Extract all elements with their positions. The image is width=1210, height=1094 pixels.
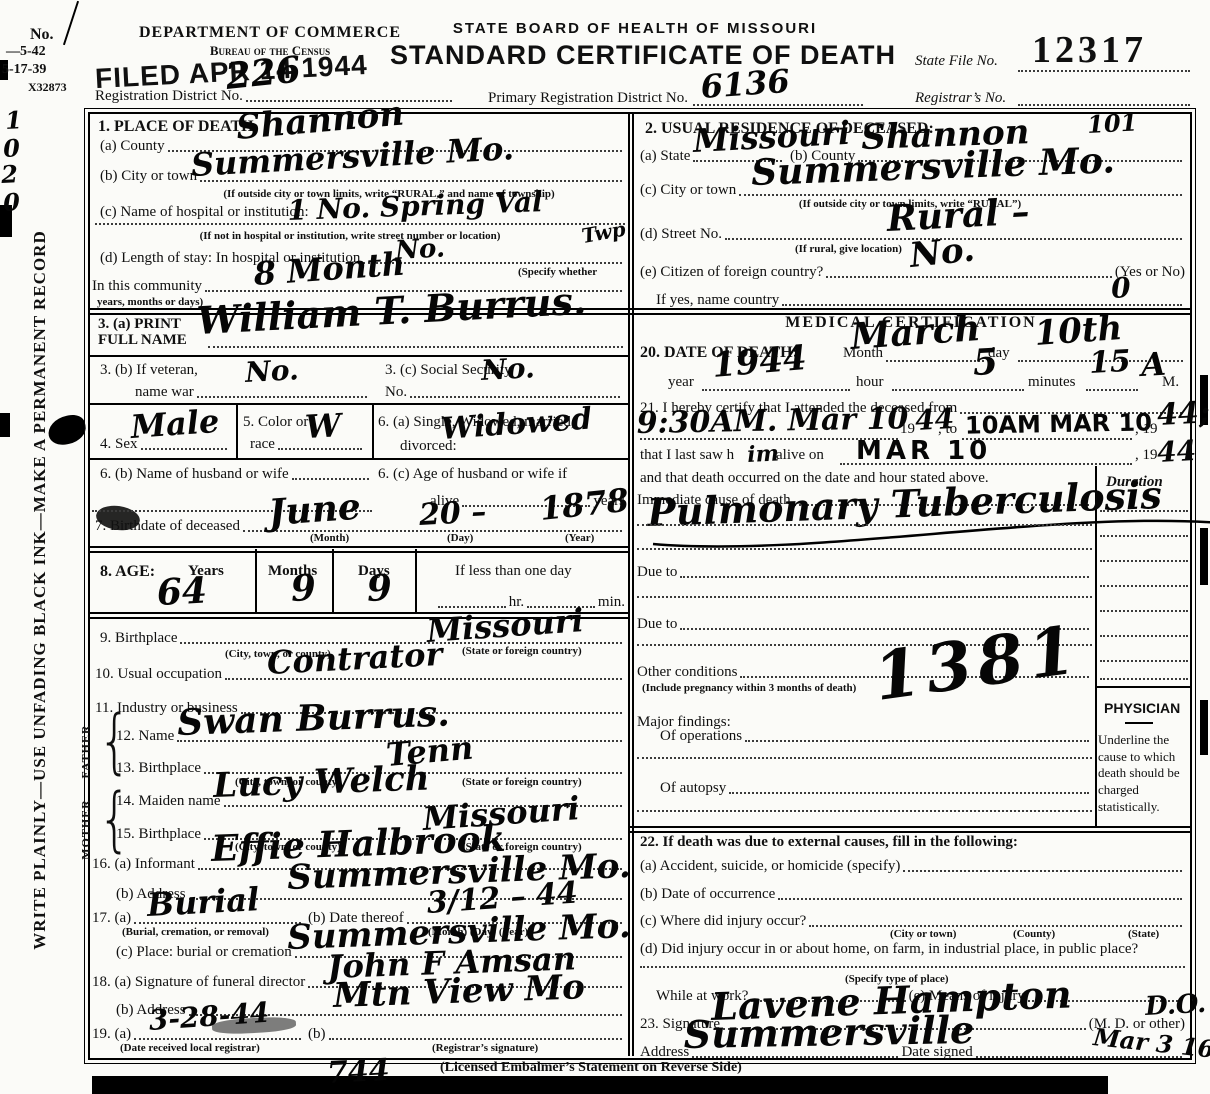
dotted-line bbox=[1100, 560, 1188, 562]
color-label: 5. Color or bbox=[243, 414, 308, 431]
dotted-line bbox=[292, 478, 369, 480]
other-conditions-sub: (Include pregnancy within 3 months of de… bbox=[642, 682, 856, 694]
hospital-label: (c) Name of hospital or institution: bbox=[100, 204, 309, 221]
death-year-value: 1944 bbox=[711, 338, 809, 386]
margin-digit: 2 bbox=[0, 159, 18, 189]
dotted-line bbox=[809, 925, 1182, 927]
father-birthplace-label: 13. Birthplace bbox=[116, 760, 201, 777]
scan-mark bbox=[0, 413, 10, 437]
spouse-name-label: 6. (b) Name of husband or wife bbox=[100, 466, 289, 483]
dotted-line bbox=[640, 966, 1185, 968]
dotted-line bbox=[1100, 585, 1188, 587]
death-certificate-scan: { "codes": {"no": "No.", "l1": "—5-42", … bbox=[0, 0, 1210, 1094]
form-code: —5-42 bbox=[6, 44, 46, 60]
disposition-sub: (Burial, cremation, or removal) bbox=[122, 926, 269, 938]
father-group-label: FATHER bbox=[79, 712, 94, 792]
dotted-line bbox=[141, 448, 228, 450]
father-bp-sub2: (State or foreign country) bbox=[462, 776, 582, 788]
cell-divider bbox=[255, 549, 257, 612]
autopsy-label: Of autopsy bbox=[660, 780, 726, 797]
ink-smudge bbox=[46, 412, 89, 447]
dotted-line bbox=[1018, 70, 1190, 72]
dotted-line bbox=[1100, 678, 1188, 680]
place-of-death-title: 1. PLACE OF DEATH bbox=[98, 118, 254, 136]
cell-divider bbox=[332, 549, 334, 612]
scan-mark bbox=[1200, 700, 1208, 755]
month-sub-label: (Month) bbox=[310, 532, 349, 544]
dotted-line bbox=[1100, 610, 1188, 612]
birthdate-label: 7. Birthdate of deceased bbox=[95, 518, 240, 535]
form-code: 5-17-39 bbox=[2, 62, 46, 78]
pen-stroke bbox=[63, 1, 79, 45]
registrar-no-label: Registrar’s No. bbox=[915, 90, 1006, 107]
dotted-line bbox=[278, 448, 362, 450]
print-label: 3. (a) PRINT bbox=[98, 316, 181, 333]
other-conditions-label: Other conditions bbox=[637, 664, 737, 681]
certificate-title: STANDARD CERTIFICATE OF DEATH bbox=[390, 40, 880, 71]
section-divider bbox=[88, 355, 630, 357]
year-label: year bbox=[668, 374, 694, 391]
dotted-line bbox=[410, 396, 620, 398]
mother-name-value: Lucy Welch bbox=[213, 758, 431, 806]
disposition-value: Burial bbox=[146, 880, 260, 924]
registrar-signature-b-label: (b) bbox=[308, 1026, 326, 1043]
ssn-no-row: No. bbox=[385, 384, 623, 401]
burial-place-label: (c) Place: burial or cremation bbox=[116, 944, 292, 961]
full-name-label: FULL NAME bbox=[98, 332, 187, 349]
name-war-label: name war bbox=[135, 384, 194, 401]
due-to-row-1: Due to bbox=[637, 564, 1092, 581]
operations-label: Of operations bbox=[660, 728, 742, 745]
autopsy-row: Of autopsy bbox=[660, 780, 1092, 797]
birthdate-month-value: June bbox=[267, 486, 362, 534]
citizen-label: (e) Citizen of foreign country? bbox=[640, 264, 823, 281]
age-days-value: 9 bbox=[366, 567, 393, 610]
section-divider bbox=[88, 458, 630, 460]
occurrence-date-row: (b) Date of occurrence bbox=[640, 886, 1185, 903]
sex-value: Male bbox=[129, 402, 220, 446]
dotted-line bbox=[826, 276, 1112, 278]
registrar-signature-sub: (Registrar’s signature) bbox=[432, 1042, 538, 1054]
race-value: W bbox=[304, 406, 342, 446]
dotted-line bbox=[134, 1038, 301, 1040]
physician-degree-value: D.O. bbox=[1144, 989, 1206, 1022]
veteran-value: No. bbox=[244, 353, 299, 389]
year-sub-label: (Year) bbox=[565, 532, 594, 544]
scan-mark bbox=[92, 1076, 1108, 1094]
dotted-line bbox=[637, 524, 1092, 526]
margin-instruction: WRITE PLAINLY—USE UNFADING BLACK INK—MAK… bbox=[30, 95, 50, 1085]
spouse-name-row: 6. (b) Name of husband or wife bbox=[100, 466, 372, 483]
mother-name-label: 14. Maiden name bbox=[116, 793, 221, 810]
section-divider bbox=[88, 546, 630, 553]
alive-on-label: alive on bbox=[776, 447, 824, 464]
dotted-line bbox=[95, 223, 625, 225]
injury-place-label: (d) Did injury occur in or about home, o… bbox=[640, 941, 1138, 958]
bottom-code-value: 744 bbox=[326, 1053, 390, 1091]
county-label: (a) County bbox=[100, 138, 165, 155]
cell-divider bbox=[372, 405, 374, 458]
external-causes-title: 22. If death was due to external causes,… bbox=[640, 834, 1018, 851]
year-19-label-2: , 19 bbox=[1135, 421, 1158, 438]
registrar-signature-row: (b) bbox=[308, 1026, 625, 1043]
last-saw-label: that I last saw h bbox=[640, 447, 734, 464]
min-label: min. bbox=[598, 594, 625, 611]
due-to-label-1: Due to bbox=[637, 564, 677, 581]
date-received-sub: (Date received local registrar) bbox=[120, 1042, 260, 1054]
birthplace-sub2: (State or foreign country) bbox=[462, 645, 582, 657]
community-label: In this community bbox=[92, 278, 202, 295]
birthplace-label: 9. Birthplace bbox=[100, 630, 177, 647]
hospital-sub-label: (If not in hospital or institution, writ… bbox=[130, 230, 570, 242]
injury-county-sub: (County) bbox=[1013, 928, 1055, 940]
injury-city-sub: (City or town) bbox=[890, 928, 956, 940]
minutes-label: minutes bbox=[1028, 374, 1076, 391]
disposition-label: 17. (a) bbox=[92, 910, 131, 927]
occupation-label: 10. Usual occupation bbox=[95, 666, 222, 683]
death-hour-value: 5 bbox=[972, 341, 999, 384]
physician-note: Underline the cause to which death shoul… bbox=[1098, 732, 1190, 815]
dotted-line bbox=[637, 757, 1092, 759]
veteran-label: 3. (b) If veteran, bbox=[100, 362, 198, 379]
ssn-no-label: No. bbox=[385, 384, 407, 401]
column-divider bbox=[632, 112, 634, 1056]
injury-state-sub: (State) bbox=[1128, 928, 1159, 940]
less-than-day-label: If less than one day bbox=[455, 563, 572, 580]
primary-district-label: Primary Registration District No. bbox=[488, 90, 688, 107]
dotted-line bbox=[702, 389, 850, 391]
board-title: STATE BOARD OF HEALTH OF MISSOURI bbox=[420, 20, 850, 37]
dotted-line bbox=[729, 792, 1089, 794]
date-received-label: 19. (a) bbox=[92, 1026, 131, 1043]
street-no-sub: (If rural, give location) bbox=[795, 243, 902, 255]
year-19-label-3: , 19 bbox=[1135, 447, 1158, 464]
dotted-line bbox=[200, 180, 622, 182]
accident-label: (a) Accident, suicide, or homicide (spec… bbox=[640, 858, 900, 875]
attended-to-value: 10AM MAR 10 bbox=[965, 408, 1152, 439]
residence-state-label: (a) State bbox=[640, 148, 690, 165]
dotted-line bbox=[1018, 104, 1190, 106]
age-years-value: 64 bbox=[156, 569, 208, 614]
due-to-label-2: Due to bbox=[637, 616, 677, 633]
hour-label: hour bbox=[856, 374, 884, 391]
registration-district-value: 226 bbox=[224, 48, 303, 98]
city-label: (b) City or town bbox=[100, 168, 197, 185]
margin-digit: 0 bbox=[2, 187, 20, 217]
cell-divider bbox=[415, 549, 417, 612]
dotted-line bbox=[197, 396, 367, 398]
cell-divider bbox=[236, 405, 238, 458]
form-code: X32873 bbox=[28, 80, 67, 95]
race-label: race bbox=[250, 436, 275, 453]
community-sub-label: years, months or days) bbox=[97, 296, 203, 308]
injury-where-label: (c) Where did injury occur? bbox=[640, 913, 806, 930]
dotted-line bbox=[329, 1038, 623, 1040]
dotted-line bbox=[637, 548, 1092, 550]
birthdate-day-value: 20 – bbox=[418, 495, 487, 533]
physician-address-value: Summersville bbox=[683, 1007, 974, 1057]
last-saw-him: im bbox=[747, 440, 780, 468]
age-months-value: 9 bbox=[290, 567, 317, 610]
physician-box-top bbox=[1095, 686, 1192, 688]
state-file-label: State File No. bbox=[915, 53, 998, 70]
name-country-row: If yes, name country bbox=[656, 292, 1185, 309]
form-code-no: No. bbox=[30, 26, 54, 44]
operations-row: Of operations bbox=[660, 728, 1092, 745]
dotted-line bbox=[1086, 389, 1138, 391]
dotted-line bbox=[903, 870, 1182, 872]
spouse-age-label: 6. (c) Age of husband or wife if bbox=[378, 466, 567, 483]
dotted-line bbox=[745, 740, 1089, 742]
dotted-line bbox=[637, 810, 1092, 812]
mother-birthplace-label: 15. Birthplace bbox=[116, 826, 201, 843]
father-name-label: 12. Name bbox=[116, 728, 174, 745]
dotted-line bbox=[778, 898, 1182, 900]
primary-district-value: 6136 bbox=[699, 62, 790, 106]
physician-underline bbox=[1125, 722, 1153, 724]
day-sub-label: (Day) bbox=[447, 532, 473, 544]
physician-title: PHYSICIAN bbox=[1104, 700, 1180, 716]
dotted-line bbox=[1100, 510, 1188, 512]
specify-whether-note: (Specify whether bbox=[518, 266, 597, 278]
dotted-line bbox=[886, 360, 984, 362]
citizen-value: No. bbox=[908, 229, 977, 276]
name-country-value: 0 bbox=[1110, 271, 1131, 305]
dotted-line bbox=[1100, 635, 1188, 637]
dotted-line bbox=[680, 576, 1089, 578]
registration-district-label: Registration District No. bbox=[95, 88, 243, 105]
residence-corner-number: 101 bbox=[1086, 107, 1138, 139]
age-title: 8. AGE: bbox=[100, 563, 155, 581]
accident-row: (a) Accident, suicide, or homicide (spec… bbox=[640, 858, 1185, 875]
name-country-label: If yes, name country bbox=[656, 292, 779, 309]
dotted-line bbox=[637, 596, 1092, 598]
residence-city-label: (c) City or town bbox=[640, 182, 736, 199]
margin-digit: 1 bbox=[4, 105, 22, 135]
physician-address-label: Address bbox=[640, 1044, 689, 1061]
embalmer-note: (Licensed Embalmer’s Statement on Revers… bbox=[440, 1060, 742, 1076]
funeral-director-label: 18. (a) Signature of funeral director bbox=[92, 974, 305, 991]
dotted-line bbox=[208, 346, 623, 348]
street-no-label: (d) Street No. bbox=[640, 226, 722, 243]
mother-brace: { bbox=[98, 780, 131, 861]
m-label: M. bbox=[1162, 374, 1179, 391]
attended-to-year: 44; bbox=[1156, 395, 1210, 433]
death-minutes-value: 15 bbox=[1088, 344, 1132, 381]
last-saw-date-value: MAR 10 bbox=[856, 436, 991, 466]
dotted-line bbox=[1100, 660, 1188, 662]
last-saw-year: 44 bbox=[1156, 434, 1197, 469]
dotted-line bbox=[1100, 535, 1188, 537]
informant-label: 16. (a) Informant bbox=[92, 856, 195, 873]
dotted-line bbox=[892, 389, 1024, 391]
occurrence-date-label: (b) Date of occurrence bbox=[640, 886, 775, 903]
ssn-value: No. bbox=[480, 351, 535, 387]
section-divider bbox=[630, 826, 1192, 833]
state-file-number: 12317 bbox=[1032, 28, 1147, 72]
